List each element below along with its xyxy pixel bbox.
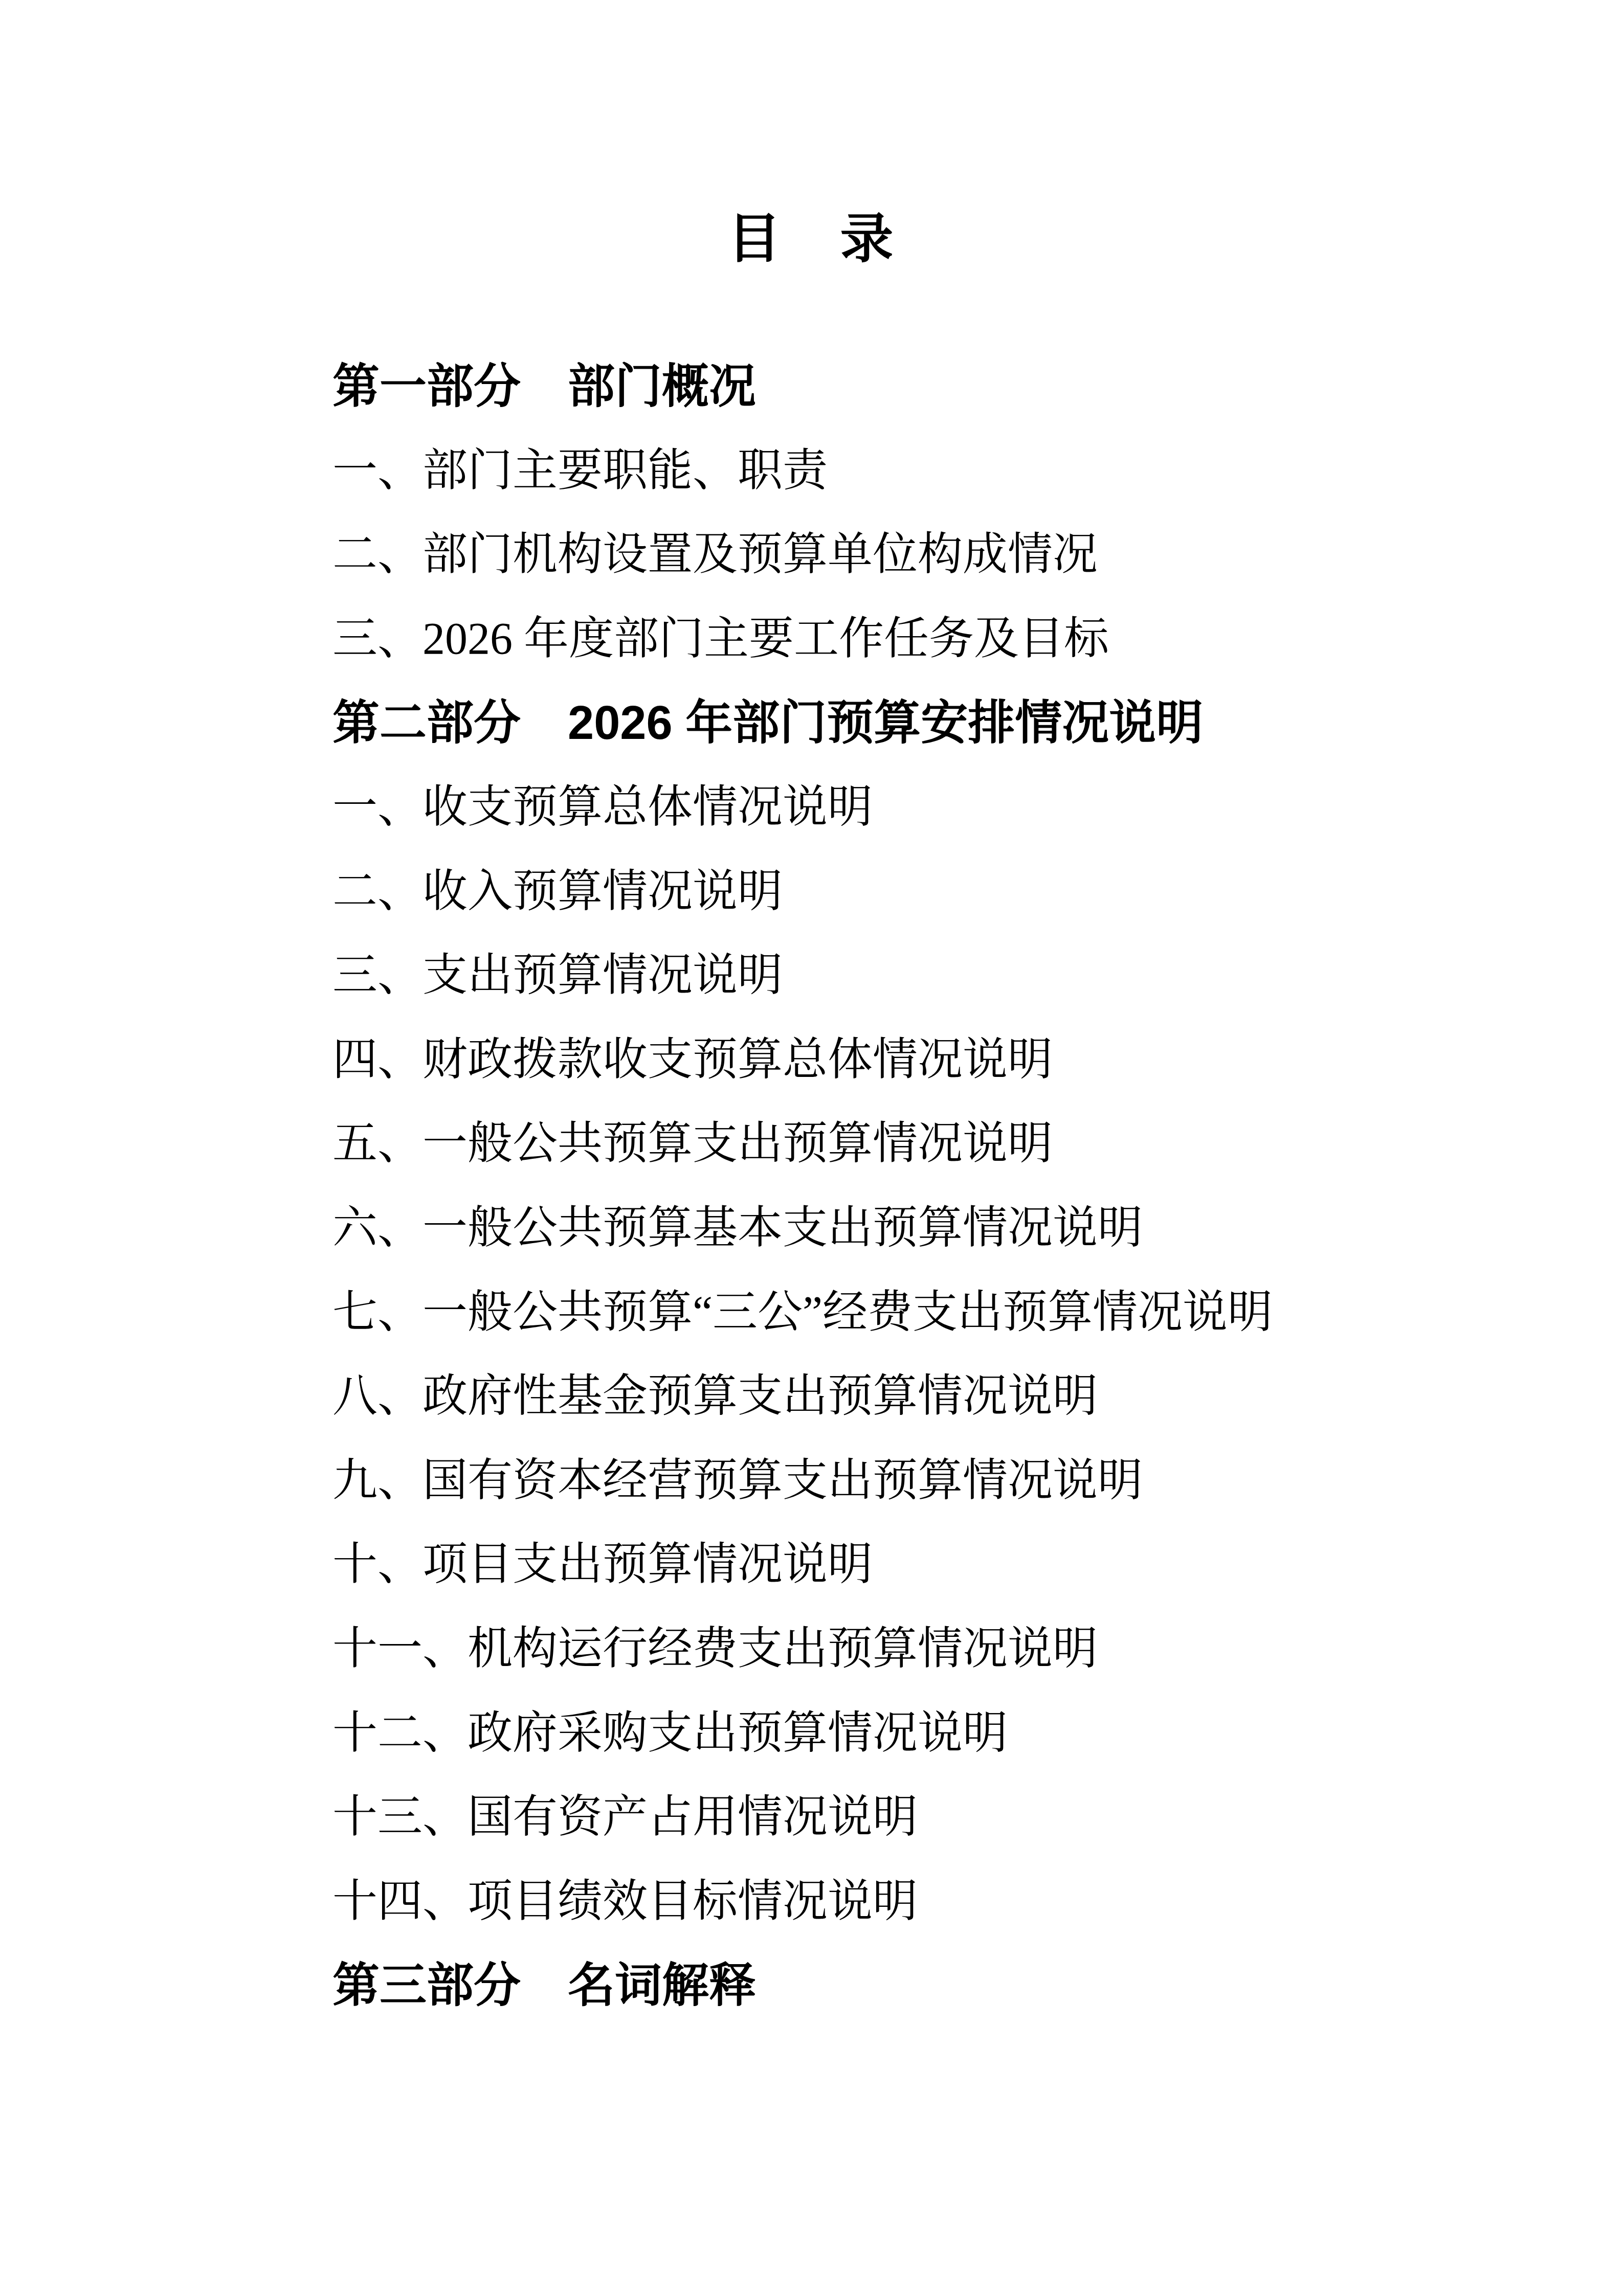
toc-item: 七、一般公共预算“三公”经费支出预算情况说明: [332, 1271, 1563, 1355]
toc-item: 五、一般公共预算支出预算情况说明: [332, 1102, 1563, 1186]
toc-section-heading-part3: 第三部分 名词解释: [332, 1944, 1563, 2028]
toc-item: 十一、机构运行经费支出预算情况说明: [332, 1607, 1563, 1692]
table-of-contents: 第一部分 部门概况 一、部门主要职能、职责 二、部门机构设置及预算单位构成情况 …: [0, 345, 1624, 2028]
toc-item: 二、部门机构设置及预算单位构成情况: [332, 513, 1563, 597]
toc-item: 十、项目支出预算情况说明: [332, 1523, 1563, 1607]
toc-item: 十三、国有资产占用情况说明: [332, 1775, 1563, 1860]
toc-item: 一、收支预算总体情况说明: [332, 766, 1563, 850]
toc-item: 六、一般公共预算基本支出预算情况说明: [332, 1186, 1563, 1271]
toc-item: 四、财政拨款收支预算总体情况说明: [332, 1018, 1563, 1102]
toc-item: 九、国有资本经营预算支出预算情况说明: [332, 1439, 1563, 1523]
toc-item: 三、2026 年度部门主要工作任务及目标: [332, 597, 1563, 682]
toc-section-heading-part1: 第一部分 部门概况: [332, 345, 1563, 429]
toc-item: 十四、项目绩效目标情况说明: [332, 1860, 1563, 1944]
toc-section-heading-part2: 第二部分 2026 年部门预算安排情况说明: [332, 681, 1563, 766]
toc-item: 一、部门主要职能、职责: [332, 429, 1563, 513]
toc-item: 二、收入预算情况说明: [332, 850, 1563, 934]
page-title: 目 录: [0, 0, 1624, 282]
document-page: 目 录 第一部分 部门概况 一、部门主要职能、职责 二、部门机构设置及预算单位构…: [0, 0, 1624, 2296]
toc-item: 十二、政府采购支出预算情况说明: [332, 1692, 1563, 1776]
toc-item: 三、支出预算情况说明: [332, 934, 1563, 1018]
toc-item: 八、政府性基金预算支出预算情况说明: [332, 1355, 1563, 1439]
